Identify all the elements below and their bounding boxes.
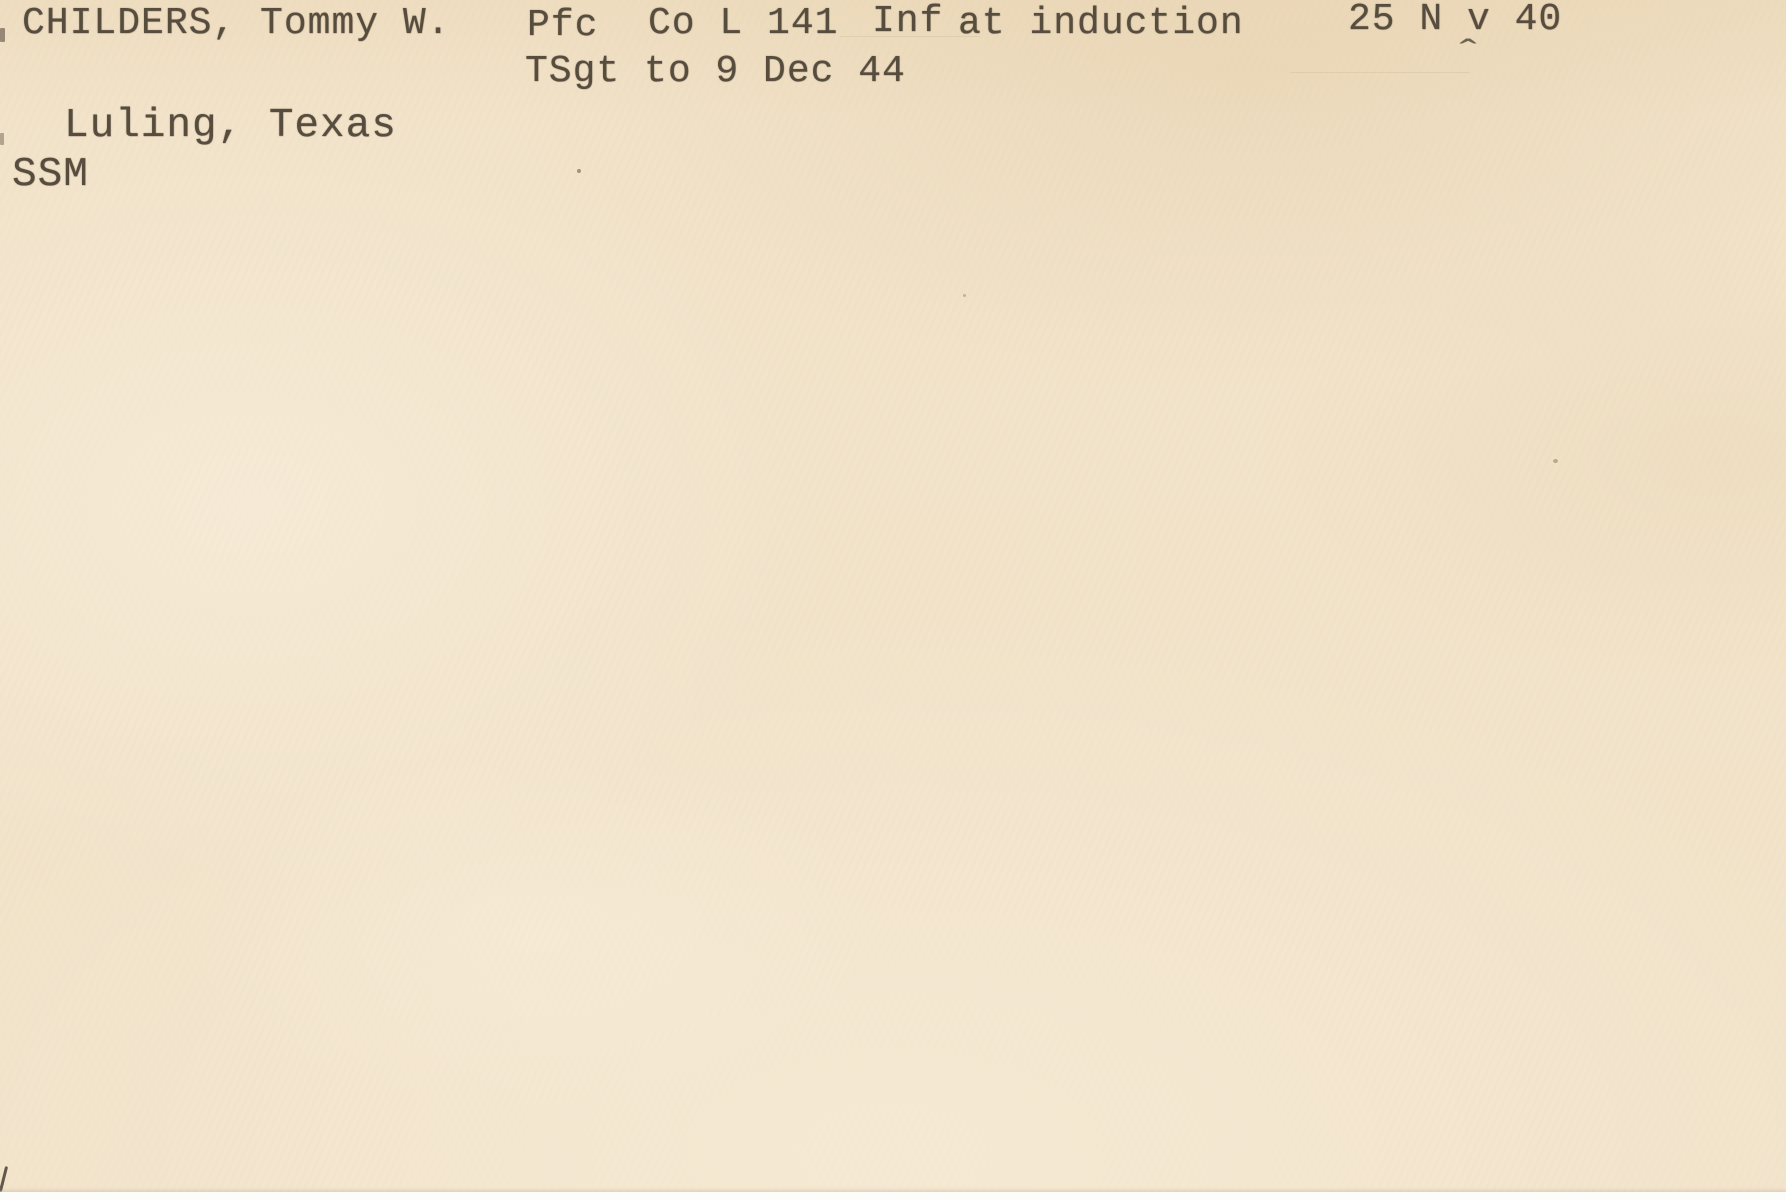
award-abbreviation: SSM	[12, 155, 89, 196]
induction-date: 25 N v 40	[1348, 1, 1562, 39]
paper-crease	[1290, 72, 1470, 73]
soldier-name: CHILDERS, Tommy W.	[22, 5, 450, 43]
edge-ink-mark	[0, 133, 4, 145]
paper-speck	[1553, 459, 1558, 463]
edge-ink-mark	[0, 28, 5, 42]
scanned-index-card: CHILDERS, Tommy W. Pfc Co L 141 Inf at i…	[0, 0, 1786, 1200]
induction-label: at induction	[958, 5, 1244, 43]
promotion-line: TSgt to 9 Dec 44	[525, 53, 906, 91]
paper-speck	[963, 294, 966, 297]
hometown: Luling, Texas	[64, 106, 397, 147]
paper-speck	[577, 169, 581, 173]
bottom-left-ink-mark	[0, 1166, 8, 1192]
unit-company: Co L 141	[648, 5, 838, 43]
scan-bottom-edge	[0, 1192, 1786, 1200]
rank-at-induction: Pfc	[527, 7, 598, 45]
paper-crease	[840, 36, 980, 37]
